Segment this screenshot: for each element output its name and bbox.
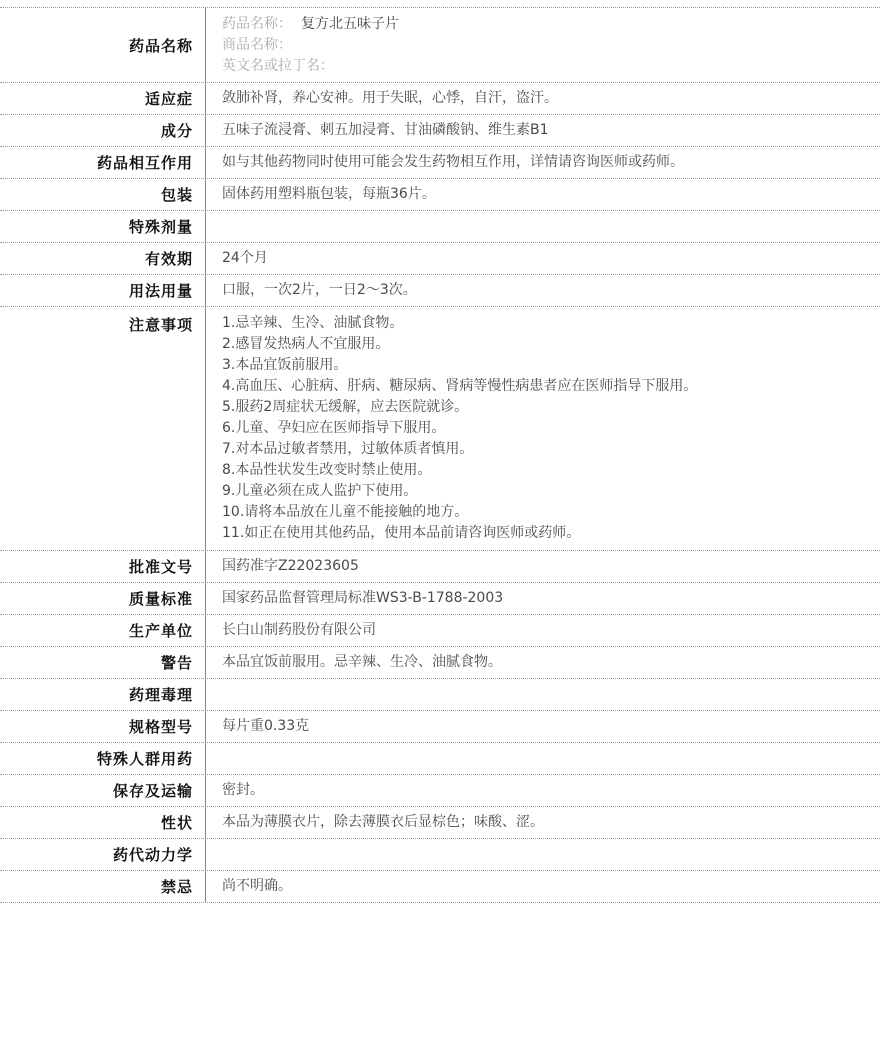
row-label: 药理毒理 bbox=[0, 679, 206, 710]
row-packaging: 包装 固体药用塑料瓶包装，每瓶36片。 bbox=[0, 179, 880, 211]
row-label: 禁忌 bbox=[0, 871, 206, 902]
row-value bbox=[206, 211, 880, 242]
row-value: 24个月 bbox=[206, 243, 880, 274]
row-label: 药代动力学 bbox=[0, 839, 206, 870]
row-label: 规格型号 bbox=[0, 711, 206, 742]
row-description: 性状 本品为薄膜衣片，除去薄膜衣后显棕色；味酸、涩。 bbox=[0, 807, 880, 839]
row-value: 本品宜饭前服用。忌辛辣、生冷、油腻食物。 bbox=[206, 647, 880, 678]
row-value: 1.忌辛辣、生冷、油腻食物。 2.感冒发热病人不宜服用。 3.本品宜饭前服用。 … bbox=[206, 307, 880, 550]
row-label: 生产单位 bbox=[0, 615, 206, 646]
drug-name-key: 药品名称： bbox=[222, 16, 292, 32]
row-label: 特殊剂量 bbox=[0, 211, 206, 242]
row-label: 质量标准 bbox=[0, 583, 206, 614]
row-label: 成分 bbox=[0, 115, 206, 146]
row-value: 固体药用塑料瓶包装，每瓶36片。 bbox=[206, 179, 880, 210]
row-value: 国药准字Z22023605 bbox=[206, 551, 880, 582]
english-name-key: 英文名或拉丁名： bbox=[222, 58, 334, 74]
row-quality-standard: 质量标准 国家药品监督管理局标准WS3-B-1788-2003 bbox=[0, 583, 880, 615]
row-indications: 适应症 敛肺补肾，养心安神。用于失眠，心悸，自汗，盗汗。 bbox=[0, 83, 880, 115]
row-value: 药品名称：复方北五味子片 商品名称： 英文名或拉丁名： bbox=[206, 8, 880, 82]
row-value: 每片重0.33克 bbox=[206, 711, 880, 742]
drug-name-line: 药品名称：复方北五味子片 bbox=[222, 14, 399, 35]
row-value: 本品为薄膜衣片，除去薄膜衣后显棕色；味酸、涩。 bbox=[206, 807, 880, 838]
row-label: 药品相互作用 bbox=[0, 147, 206, 178]
row-precautions: 注意事项 1.忌辛辣、生冷、油腻食物。 2.感冒发热病人不宜服用。 3.本品宜饭… bbox=[0, 307, 880, 551]
row-shelf-life: 有效期 24个月 bbox=[0, 243, 880, 275]
row-label: 包装 bbox=[0, 179, 206, 210]
row-label: 警告 bbox=[0, 647, 206, 678]
row-label: 保存及运输 bbox=[0, 775, 206, 806]
row-pharmacokinetics: 药代动力学 bbox=[0, 839, 880, 871]
row-value: 敛肺补肾，养心安神。用于失眠，心悸，自汗，盗汗。 bbox=[206, 83, 880, 114]
row-dosage-administration: 用法用量 口服，一次2片，一日2～3次。 bbox=[0, 275, 880, 307]
row-value: 口服，一次2片，一日2～3次。 bbox=[206, 275, 880, 306]
trade-name-line: 商品名称： bbox=[222, 35, 301, 56]
row-value: 长白山制药股份有限公司 bbox=[206, 615, 880, 646]
drug-info-table: 药品名称 药品名称：复方北五味子片 商品名称： 英文名或拉丁名： 适应症 敛肺补… bbox=[0, 7, 880, 903]
row-label: 批准文号 bbox=[0, 551, 206, 582]
row-pharmacology-toxicology: 药理毒理 bbox=[0, 679, 880, 711]
row-special-populations: 特殊人群用药 bbox=[0, 743, 880, 775]
row-drug-name: 药品名称 药品名称：复方北五味子片 商品名称： 英文名或拉丁名： bbox=[0, 8, 880, 83]
row-contraindications: 禁忌 尚不明确。 bbox=[0, 871, 880, 903]
row-label: 特殊人群用药 bbox=[0, 743, 206, 774]
row-value: 如与其他药物同时使用可能会发生药物相互作用，详情请咨询医师或药师。 bbox=[206, 147, 880, 178]
row-label: 有效期 bbox=[0, 243, 206, 274]
row-label: 药品名称 bbox=[0, 8, 206, 82]
row-storage-transport: 保存及运输 密封。 bbox=[0, 775, 880, 807]
row-approval-number: 批准文号 国药准字Z22023605 bbox=[0, 551, 880, 583]
row-warning: 警告 本品宜饭前服用。忌辛辣、生冷、油腻食物。 bbox=[0, 647, 880, 679]
row-value: 密封。 bbox=[206, 775, 880, 806]
row-label: 用法用量 bbox=[0, 275, 206, 306]
row-special-dosage: 特殊剂量 bbox=[0, 211, 880, 243]
row-value bbox=[206, 743, 880, 774]
row-specification: 规格型号 每片重0.33克 bbox=[0, 711, 880, 743]
row-ingredients: 成分 五味子流浸膏、刺五加浸膏、甘油磷酸钠、维生素B1 bbox=[0, 115, 880, 147]
row-value bbox=[206, 839, 880, 870]
row-value: 尚不明确。 bbox=[206, 871, 880, 902]
row-manufacturer: 生产单位 长白山制药股份有限公司 bbox=[0, 615, 880, 647]
row-value: 国家药品监督管理局标准WS3-B-1788-2003 bbox=[206, 583, 880, 614]
trade-name-key: 商品名称： bbox=[222, 37, 292, 53]
row-label: 适应症 bbox=[0, 83, 206, 114]
row-drug-interactions: 药品相互作用 如与其他药物同时使用可能会发生药物相互作用，详情请咨询医师或药师。 bbox=[0, 147, 880, 179]
row-value: 五味子流浸膏、刺五加浸膏、甘油磷酸钠、维生素B1 bbox=[206, 115, 880, 146]
row-label: 性状 bbox=[0, 807, 206, 838]
row-label: 注意事项 bbox=[0, 307, 206, 550]
row-value bbox=[206, 679, 880, 710]
drug-name-value: 复方北五味子片 bbox=[301, 16, 399, 32]
english-name-line: 英文名或拉丁名： bbox=[222, 56, 343, 77]
